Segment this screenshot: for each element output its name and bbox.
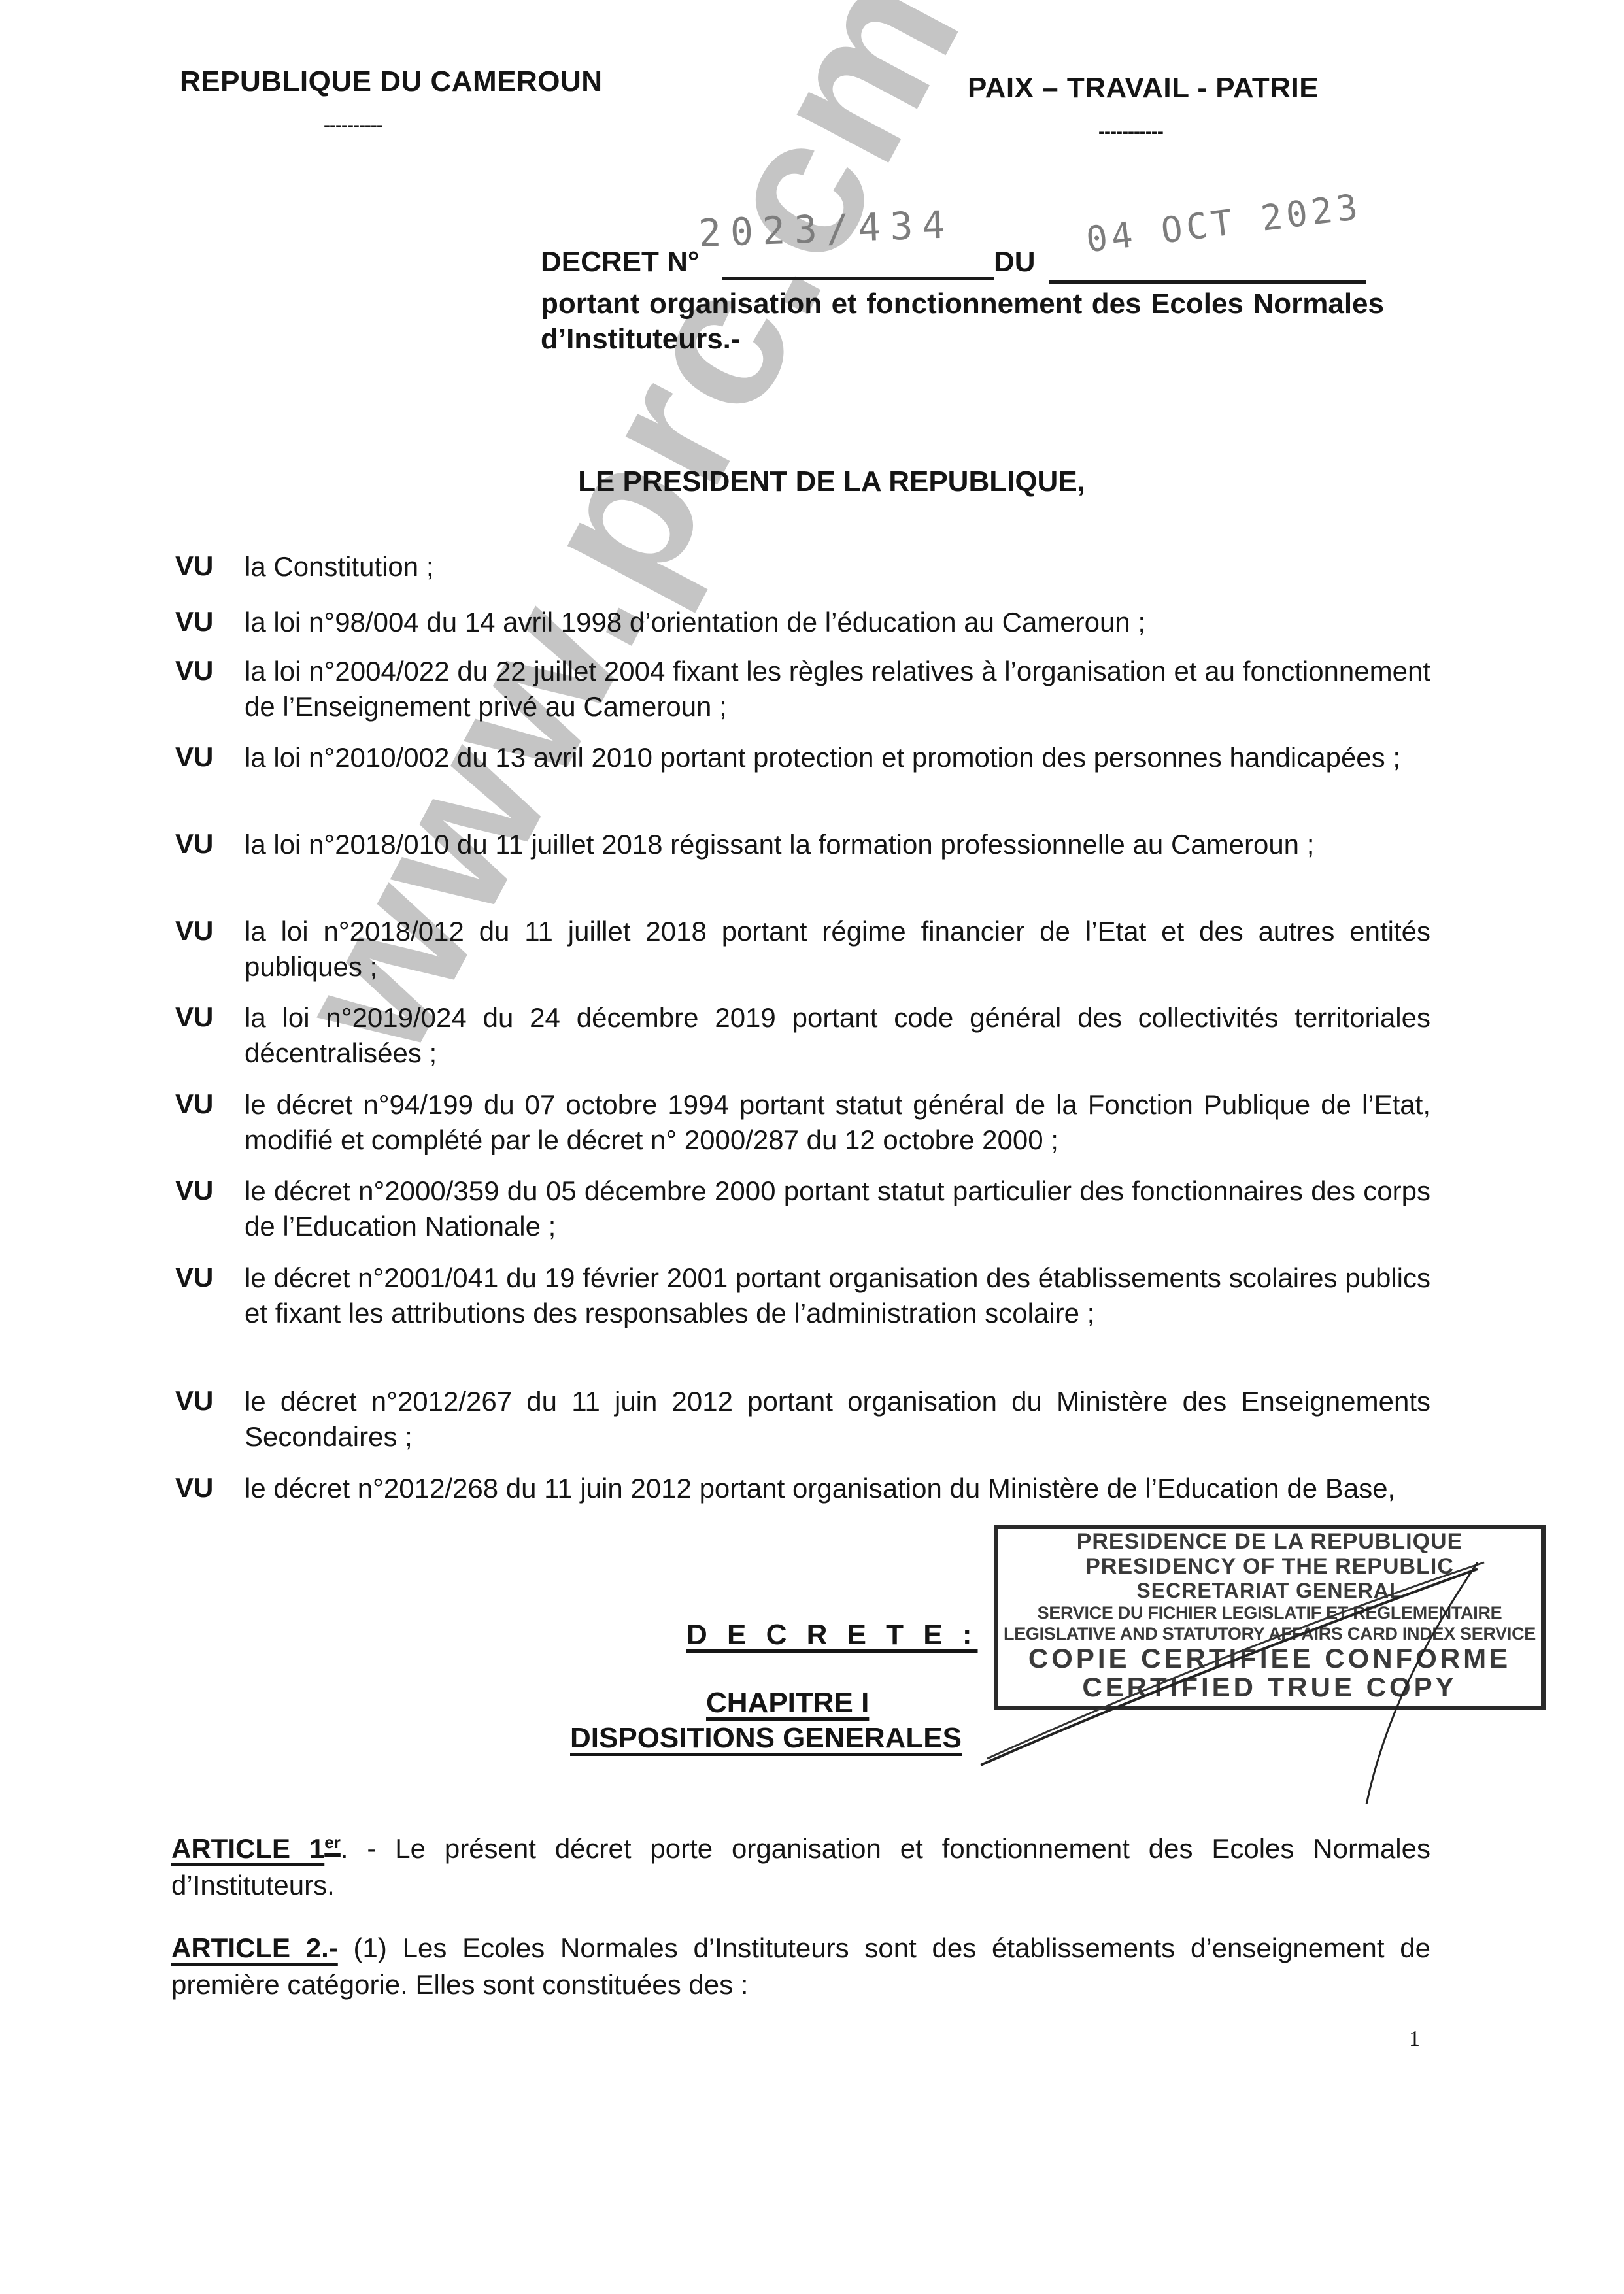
visa-text: la loi n°2004/022 du 22 juillet 2004 fix… bbox=[245, 654, 1430, 724]
visa-item: VU la loi n°2018/010 du 11 juillet 2018 … bbox=[175, 827, 1430, 862]
visa-label: VU bbox=[175, 654, 245, 724]
visa-text: le décret n°94/199 du 07 octobre 1994 po… bbox=[245, 1087, 1430, 1158]
header-motto: PAIX – TRAVAIL - PATRIE bbox=[968, 72, 1319, 105]
visa-label: VU bbox=[175, 1384, 245, 1455]
visa-item: VU la loi n°2018/012 du 11 juillet 2018 … bbox=[175, 914, 1430, 985]
visa-item: VU le décret n°2012/268 du 11 juin 2012 … bbox=[175, 1471, 1430, 1506]
chapter-title: DISPOSITIONS GENERALES bbox=[570, 1722, 962, 1755]
header-republic: REPUBLIQUE DU CAMEROUN bbox=[180, 65, 603, 98]
visa-label: VU bbox=[175, 1471, 245, 1506]
article-text: (1) Les Ecoles Normales d’Instituteurs s… bbox=[171, 1932, 1430, 2000]
article-2: ARTICLE 2.- (1) Les Ecoles Normales d’In… bbox=[171, 1930, 1430, 2003]
decree-subject: portant organisation et fonctionnement d… bbox=[541, 286, 1384, 357]
signature-stroke bbox=[968, 1543, 1556, 1804]
visa-item: VU la loi n°2019/024 du 24 décembre 2019… bbox=[175, 1000, 1430, 1071]
visa-item: VU le décret n°2000/359 du 05 décembre 2… bbox=[175, 1173, 1430, 1244]
visa-item: VU la loi n°2010/002 du 13 avril 2010 po… bbox=[175, 740, 1430, 775]
article-label: ARTICLE 1 bbox=[171, 1833, 324, 1864]
visa-text: le décret n°2012/268 du 11 juin 2012 por… bbox=[245, 1471, 1430, 1506]
visa-text: la loi n°2010/002 du 13 avril 2010 porta… bbox=[245, 740, 1430, 775]
decree-du-label: DU bbox=[994, 246, 1036, 278]
visa-item: VU la loi n°2004/022 du 22 juillet 2004 … bbox=[175, 654, 1430, 724]
article-label-suffix: er bbox=[324, 1832, 341, 1852]
visa-item: VU le décret n°2001/041 du 19 février 20… bbox=[175, 1260, 1430, 1331]
visa-label: VU bbox=[175, 1087, 245, 1158]
visa-item: VU le décret n°94/199 du 07 octobre 1994… bbox=[175, 1087, 1430, 1158]
visa-text: la loi n°2018/012 du 11 juillet 2018 por… bbox=[245, 914, 1430, 985]
article-separator: . - bbox=[341, 1833, 377, 1864]
decree-number-handwritten: 2023/434 bbox=[698, 202, 955, 256]
visa-label: VU bbox=[175, 1260, 245, 1331]
page-number: 1 bbox=[1409, 2027, 1420, 2051]
visa-label: VU bbox=[175, 549, 245, 584]
visa-text: la Constitution ; bbox=[245, 549, 1430, 584]
visa-text: le décret n°2000/359 du 05 décembre 2000… bbox=[245, 1173, 1430, 1244]
visa-label: VU bbox=[175, 740, 245, 775]
article-1: ARTICLE 1er. - Le présent décret porte o… bbox=[171, 1824, 1430, 1904]
visa-label: VU bbox=[175, 827, 245, 862]
visa-label: VU bbox=[175, 1000, 245, 1071]
visa-text: le décret n°2001/041 du 19 février 2001 … bbox=[245, 1260, 1430, 1331]
visa-text: la loi n°98/004 du 14 avril 1998 d’orien… bbox=[245, 605, 1430, 640]
visa-item: VU le décret n°2012/267 du 11 juin 2012 … bbox=[175, 1384, 1430, 1455]
visa-label: VU bbox=[175, 605, 245, 640]
visa-item: VU la loi n°98/004 du 14 avril 1998 d’or… bbox=[175, 605, 1430, 640]
visa-text: le décret n°2012/267 du 11 juin 2012 por… bbox=[245, 1384, 1430, 1455]
header-right-rule: ----------- bbox=[1098, 121, 1163, 143]
chapter-number: CHAPITRE I bbox=[706, 1687, 869, 1719]
visa-item: VU la Constitution ; bbox=[175, 549, 1430, 584]
decrete-heading: D E C R E T E : bbox=[686, 1619, 977, 1651]
article-label: ARTICLE 2.- bbox=[171, 1932, 338, 1963]
visa-text: la loi n°2019/024 du 24 décembre 2019 po… bbox=[245, 1000, 1430, 1071]
authority-heading: LE PRESIDENT DE LA REPUBLIQUE, bbox=[0, 465, 1624, 498]
header-left-rule: ---------- bbox=[324, 114, 382, 137]
visa-label: VU bbox=[175, 914, 245, 985]
visa-text: la loi n°2018/010 du 11 juillet 2018 rég… bbox=[245, 827, 1430, 862]
decree-number-label: DECRET N° bbox=[541, 246, 700, 278]
visa-label: VU bbox=[175, 1173, 245, 1244]
